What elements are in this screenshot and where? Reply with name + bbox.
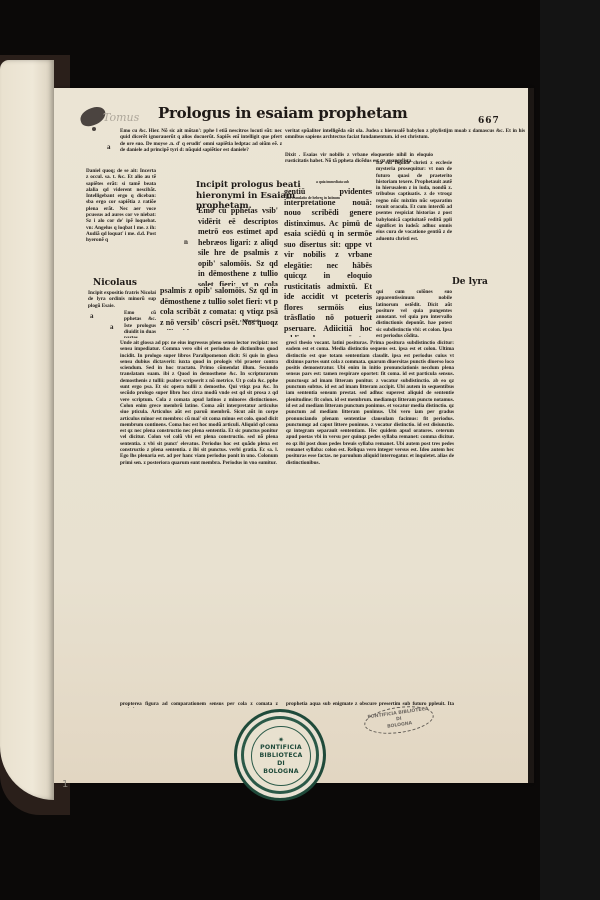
- left-facing-leaf: [0, 60, 54, 800]
- commentary-text: Ita enī liquide christi z ecclesie myste…: [376, 160, 452, 242]
- guide-letter-a: a: [107, 143, 111, 151]
- stamp-text-line: DI: [277, 760, 285, 768]
- commentary-text: Incipit expositio fratris Nicolai de lyr…: [88, 290, 156, 309]
- library-stamp-round: ✷ PONTIFICIA BIBLIOTECA DI BOLOGNA: [234, 709, 326, 801]
- interlinear-gloss-3: c Abbreuiatio: [240, 319, 280, 325]
- commentary-text: Daniel quoq; de se ait: Incerta z occul.…: [86, 168, 156, 244]
- lower-commentary-right: greci thesio vocant. latini posituras. P…: [286, 340, 454, 704]
- interlinear-gloss-1: a quia immediata sub: [316, 180, 364, 186]
- folio-number: 667: [478, 116, 500, 126]
- page-edge-shadow: [528, 88, 534, 783]
- commentary-text: qui cum colōnes suo apparentissimum nobi…: [376, 289, 452, 339]
- commentary-text: greci thesio vocant. latini posituras. P…: [286, 340, 454, 466]
- running-head-title: Prologus in esaiam prophetam: [158, 104, 407, 122]
- stamp-text-line: PONTIFICIA: [260, 744, 302, 752]
- de-lyra-heading: De lyra: [452, 277, 488, 287]
- prologue-text-2: gentiū pvidentes interpretatione nouā: n…: [284, 187, 372, 337]
- left-margin-commentary: Daniel quoq; de se ait: Incerta z occul.…: [86, 168, 156, 276]
- commentary-text: Emo cū pphetas &c. Iste prologus diuidit…: [124, 310, 156, 338]
- shelf-mark-number: 1: [62, 779, 68, 790]
- nicolaus-commentary: Emo cū pphetas &c. Iste prologus diuidit…: [124, 310, 156, 338]
- commentary-text: Unde ait glossa ad pp: ne eius ingressus…: [120, 340, 278, 466]
- commentary-text: veritat spūaliter intelligēda sūt ola. J…: [285, 128, 525, 141]
- stamp-text-line: BIBLIOTECA: [259, 752, 302, 760]
- pencil-annotation: Tomus: [103, 111, 139, 124]
- ink-blot-drip: [92, 127, 96, 131]
- de-lyra-commentary: qui cum colōnes suo apparentissimum nobi…: [376, 289, 452, 339]
- lower-commentary-left: Unde ait glossa ad pp: ne eius ingressus…: [120, 340, 278, 704]
- commentary-text: Emo cu &c. Hier. Nō sic ait mōtan': pphe…: [120, 128, 282, 153]
- interlinear-gloss-2: hoc translatio de hebreo in latinum: [286, 196, 346, 206]
- lower-commentary-last-left: propterea figura ad comparationem sensus…: [120, 701, 278, 708]
- top-commentary-right: veritat spūaliter intelligēda sūt ola. J…: [285, 128, 525, 148]
- prologue-paragraph: gentiū pvidentes interpretatione nouā: n…: [284, 187, 372, 337]
- nicolaus-heading: Nicolaus: [93, 278, 137, 288]
- stamp-text-line: BOLOGNA: [387, 721, 413, 730]
- stamp-text-line: BOLOGNA: [263, 768, 298, 776]
- stamp-inner-ring: ✷ PONTIFICIA BIBLIOTECA DI BOLOGNA: [251, 726, 311, 786]
- dark-backdrop: [540, 0, 600, 900]
- top-commentary-left: Emo cu &c. Hier. Nō sic ait mōtan': pphe…: [120, 128, 282, 168]
- guide-letter-e: a: [90, 312, 94, 320]
- lower-commentary-last-right: prophetia aqua sub enigmate z obscure pr…: [286, 701, 454, 708]
- guide-letter-n: n: [184, 238, 188, 246]
- guide-letter-e2: a: [110, 323, 114, 331]
- nicolaus-incipit: Incipit expositio fratris Nicolai de lyr…: [88, 290, 156, 310]
- stamp-emblem-icon: ✷: [278, 737, 284, 744]
- right-column-commentary: Ita enī liquide christi z ecclesie myste…: [376, 160, 452, 276]
